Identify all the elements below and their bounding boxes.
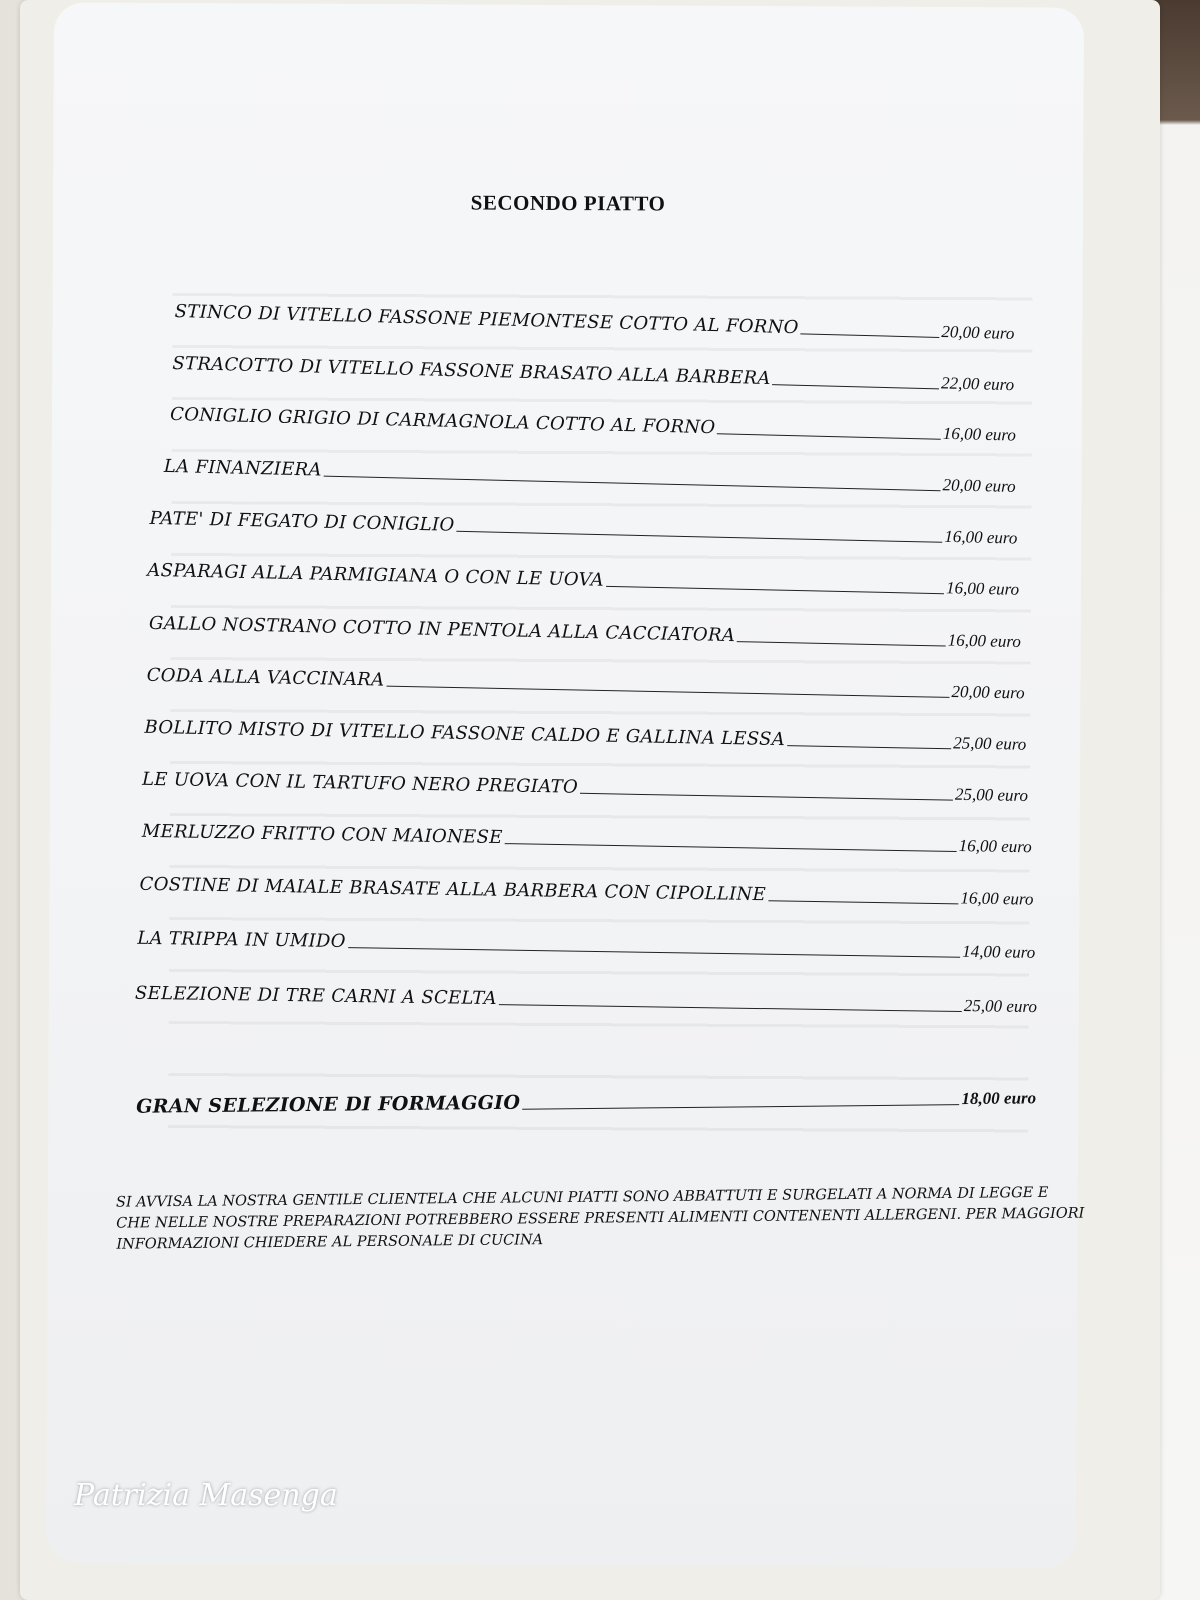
menu-item: COSTINE DI MAIALE BRASATE ALLA BARBERA C… <box>139 874 1033 910</box>
item-price: 20,00 euro <box>942 475 1015 497</box>
item-price: 16,00 euro <box>948 631 1021 653</box>
dotted-leader <box>505 843 957 852</box>
item-price: 25,00 euro <box>953 733 1026 754</box>
dotted-leader <box>787 745 951 749</box>
dotted-leader <box>499 1004 962 1012</box>
menu-item: STRACOTTO DI VITELLO FASSONE BRASATO ALL… <box>172 353 1014 395</box>
menu-item: CODA ALLA VACCINARA20,00 euro <box>147 665 1025 704</box>
item-name: BOLLITO MISTO DI VITELLO FASSONE CALDO E… <box>144 717 785 750</box>
dotted-leader <box>324 476 941 492</box>
item-price: 14,00 euro <box>962 942 1035 963</box>
dotted-leader <box>772 384 939 389</box>
menu-item: BOLLITO MISTO DI VITELLO FASSONE CALDO E… <box>144 717 1026 755</box>
dotted-leader <box>717 433 940 439</box>
menu-item: MERLUZZO FRITTO CON MAIONESE16,00 euro <box>142 821 1032 858</box>
menu-item: GALLO NOSTRANO COTTO IN PENTOLA ALLA CAC… <box>149 613 1021 652</box>
menu-item: LA FINANZIERA20,00 euro <box>164 456 1016 497</box>
menu-item: LA TRIPPA IN UMIDO14,00 euro <box>137 928 1035 963</box>
item-price: 20,00 euro <box>941 322 1015 344</box>
photographer-watermark: Patrizia Masenga <box>74 1478 338 1513</box>
dotted-leader <box>580 793 953 801</box>
item-name: LA TRIPPA IN UMIDO <box>137 928 346 952</box>
item-price: 16,00 euro <box>960 888 1033 909</box>
menu-item-cheese: GRAN SELEZIONE DI FORMAGGIO18,00 euro <box>136 1086 1036 1117</box>
dotted-leader <box>522 1104 959 1110</box>
menu-items: STINCO DI VITELLO FASSONE PIEMONTESE COT… <box>46 2 1084 1567</box>
dotted-leader <box>456 531 942 543</box>
item-price: 20,00 euro <box>951 682 1024 703</box>
item-name: PATE' DI FEGATO DI CONIGLIO <box>149 508 454 536</box>
item-price: 16,00 euro <box>959 836 1032 857</box>
dotted-leader <box>801 333 940 338</box>
menu-item: ASPARAGI ALLA PARMIGIANA O CON LE UOVA16… <box>147 560 1019 600</box>
item-name: GRAN SELEZIONE DI FORMAGGIO <box>136 1092 520 1118</box>
item-price: 22,00 euro <box>941 373 1015 395</box>
dotted-leader <box>737 641 946 646</box>
item-name: ASPARAGI ALLA PARMIGIANA O CON LE UOVA <box>147 560 604 591</box>
item-price: 18,00 euro <box>961 1088 1036 1109</box>
item-price: 25,00 euro <box>964 996 1037 1017</box>
item-name: SELEZIONE DI TRE CARNI A SCELTA <box>135 983 497 1009</box>
item-name: CONIGLIO GRIGIO DI CARMAGNOLA COTTO AL F… <box>170 404 716 438</box>
item-name: COSTINE DI MAIALE BRASATE ALLA BARBERA C… <box>139 874 766 905</box>
item-price: 16,00 euro <box>943 424 1016 446</box>
menu-item: STINCO DI VITELLO FASSONE PIEMONTESE COT… <box>174 301 1014 344</box>
menu-item: SELEZIONE DI TRE CARNI A SCELTA25,00 eur… <box>135 983 1037 1017</box>
item-price: 16,00 euro <box>944 527 1017 549</box>
menu-binder: SECONDO PIATTO STINCO DI VITELLO FASSONE… <box>20 0 1160 1600</box>
item-name: LE UOVA CON IL TARTUFO NERO PREGIATO <box>142 769 578 798</box>
menu-item: CONIGLIO GRIGIO DI CARMAGNOLA COTTO AL F… <box>170 404 1016 446</box>
item-price: 16,00 euro <box>946 578 1019 600</box>
item-name: STRACOTTO DI VITELLO FASSONE BRASATO ALL… <box>172 353 771 389</box>
item-price: 25,00 euro <box>955 785 1028 806</box>
dotted-leader <box>606 586 944 594</box>
menu-sheet: SECONDO PIATTO STINCO DI VITELLO FASSONE… <box>46 2 1084 1567</box>
menu-item: PATE' DI FEGATO DI CONIGLIO16,00 euro <box>149 508 1017 549</box>
dotted-leader <box>768 900 958 904</box>
item-name: STINCO DI VITELLO FASSONE PIEMONTESE COT… <box>174 301 799 338</box>
dotted-leader <box>386 686 949 698</box>
menu-item: LE UOVA CON IL TARTUFO NERO PREGIATO25,0… <box>142 769 1028 806</box>
item-name: GALLO NOSTRANO COTTO IN PENTOLA ALLA CAC… <box>149 613 736 646</box>
item-name: LA FINANZIERA <box>164 456 322 481</box>
item-name: MERLUZZO FRITTO CON MAIONESE <box>142 821 503 848</box>
allergen-notice: SI AVVISA LA NOSTRA GENTILE CLIENTELA CH… <box>116 1182 1097 1255</box>
item-name: CODA ALLA VACCINARA <box>147 665 385 691</box>
dotted-leader <box>348 947 960 958</box>
